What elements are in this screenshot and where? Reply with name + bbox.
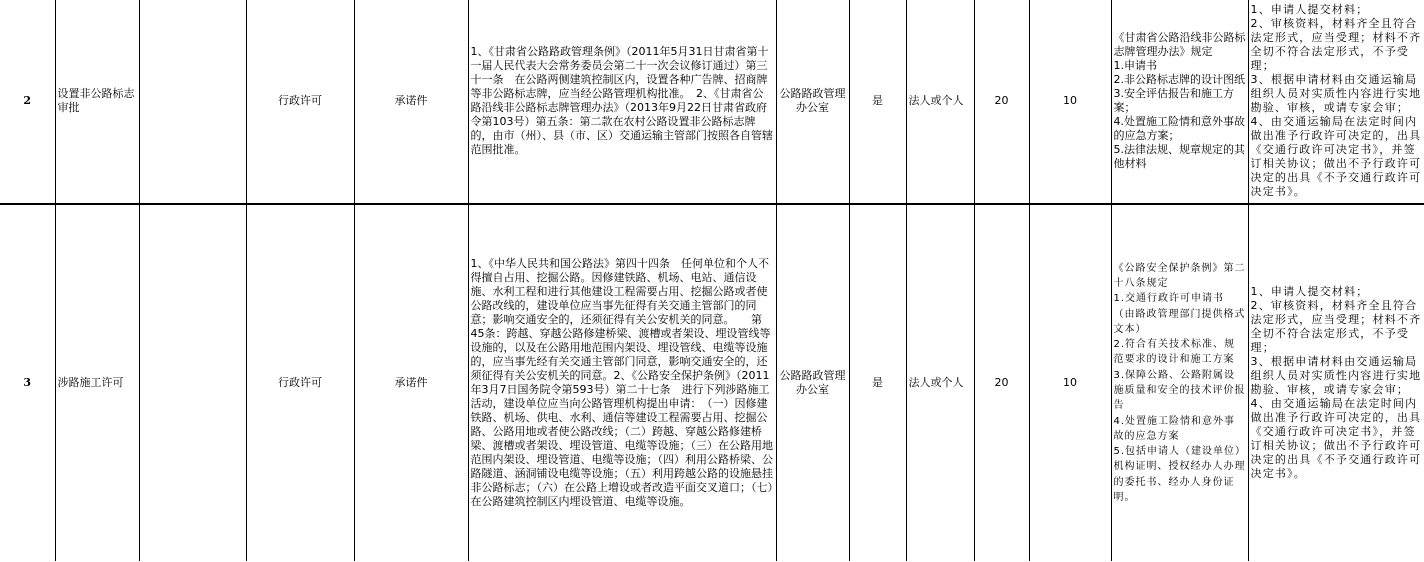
cell-number[interactable]: 2 <box>0 0 55 204</box>
cell-department[interactable]: 公路路政管理办公室 <box>776 0 849 204</box>
cell-promised-days[interactable]: 10 <box>1029 204 1111 561</box>
materials-line: 1.交通行政许可申请书（由路政管理部门提供格式文本） <box>1114 291 1246 337</box>
cell-sub-item[interactable] <box>139 204 246 561</box>
permit-items-table: 2 设置非公路标志审批 行政许可 承诺件 1、《甘肃省公路路政管理条例》（201… <box>0 0 1424 561</box>
materials-line: 2.符合有关技术标准、规范要求的设计和施工方案 <box>1114 337 1246 368</box>
cell-applicant[interactable]: 法人或个人 <box>906 0 974 204</box>
procedure-step: 2、审核资料，材料齐全且符合法定形式，应当受理；材料不齐全切不符合法定形式，不予… <box>1251 17 1423 73</box>
cell-category[interactable]: 行政许可 <box>246 204 354 561</box>
cell-applicant[interactable]: 法人或个人 <box>906 204 974 561</box>
cell-materials[interactable]: 《甘肃省公路沿线非公路标志牌管理办法》规定 1.申请书 2.非公路标志牌的设计图… <box>1111 0 1248 204</box>
cell-sub-item[interactable] <box>139 0 246 204</box>
cell-legal-basis[interactable]: 1、《中华人民共和国公路法》第四十四条 任何单位和个人不得擅自占用、挖掘公路。因… <box>468 204 776 561</box>
procedure-step: 4、由交通运输局在法定时间内做出准予行政许可决定的，出具《交通行政许可决定书》，… <box>1251 115 1423 199</box>
materials-line: 2.非公路标志牌的设计图纸 <box>1114 73 1246 87</box>
procedure-step: 2、审核资料，材料齐全且符合法定形式，应当受理；材料不齐全切不符合法定形式，不予… <box>1251 299 1423 355</box>
cell-flag[interactable]: 是 <box>849 204 906 561</box>
materials-line: 《公路安全保护条例》第二十八条规定 <box>1114 261 1246 292</box>
cell-statutory-days[interactable]: 20 <box>974 0 1029 204</box>
cell-commitment-type[interactable]: 承诺件 <box>354 204 468 561</box>
cell-flag[interactable]: 是 <box>849 0 906 204</box>
cell-item-name[interactable]: 涉路施工许可 <box>55 204 139 561</box>
cell-number[interactable]: 3 <box>0 204 55 561</box>
procedure-step: 4、由交通运输局在法定时间内做出准予行政许可决定的，出具《交通行政许可决定书》，… <box>1251 397 1423 481</box>
cell-commitment-type[interactable]: 承诺件 <box>354 0 468 204</box>
spreadsheet-view: 2 设置非公路标志审批 行政许可 承诺件 1、《甘肃省公路路政管理条例》（201… <box>0 0 1424 562</box>
procedure-step: 3、根据申请材料由交通运输局组织人员对实质性内容进行实地勘验、审核，或请专家会审… <box>1251 355 1423 397</box>
table-row: 3 涉路施工许可 行政许可 承诺件 1、《中华人民共和国公路法》第四十四条 任何… <box>0 204 1424 561</box>
cell-materials[interactable]: 《公路安全保护条例》第二十八条规定 1.交通行政许可申请书（由路政管理部门提供格… <box>1111 204 1248 561</box>
cell-statutory-days[interactable]: 20 <box>974 204 1029 561</box>
procedure-step: 3、根据申请材料由交通运输局组织人员对实质性内容进行实地勘验、审核，或请专家会审… <box>1251 73 1423 115</box>
table-row: 2 设置非公路标志审批 行政许可 承诺件 1、《甘肃省公路路政管理条例》（201… <box>0 0 1424 204</box>
materials-line: 3.安全评估报告和施工方案； <box>1114 87 1246 115</box>
procedure-step: 1、申请人提交材料； <box>1251 285 1423 299</box>
cell-procedure[interactable]: 1、申请人提交材料； 2、审核资料，材料齐全且符合法定形式，应当受理；材料不齐全… <box>1248 0 1424 204</box>
procedure-step: 1、申请人提交材料； <box>1251 3 1423 17</box>
materials-line: 《甘肃省公路沿线非公路标志牌管理办法》规定 <box>1114 31 1246 59</box>
cell-category[interactable]: 行政许可 <box>246 0 354 204</box>
materials-line: 1.申请书 <box>1114 59 1246 73</box>
cell-item-name[interactable]: 设置非公路标志审批 <box>55 0 139 204</box>
materials-line: 5.法律法规、规章规定的其他材料 <box>1114 143 1246 171</box>
cell-promised-days[interactable]: 10 <box>1029 0 1111 204</box>
materials-line: 4.处置施工险情和意外事故的应急方案 <box>1114 414 1246 445</box>
materials-line: 4.处置施工险情和意外事故的应急方案； <box>1114 115 1246 143</box>
cell-department[interactable]: 公路路政管理办公室 <box>776 204 849 561</box>
cell-procedure[interactable]: 1、申请人提交材料； 2、审核资料，材料齐全且符合法定形式，应当受理；材料不齐全… <box>1248 204 1424 561</box>
materials-line: 3.保障公路、公路附属设施质量和安全的技术评价报告 <box>1114 368 1246 414</box>
materials-line: 5.包括申请人（建设单位）机构证明、授权经办人办理的委托书、经办人身份证明。 <box>1114 444 1246 505</box>
cell-legal-basis[interactable]: 1、《甘肃省公路路政管理条例》（2011年5月31日甘肃省第十一届人民代表大会常… <box>468 0 776 204</box>
